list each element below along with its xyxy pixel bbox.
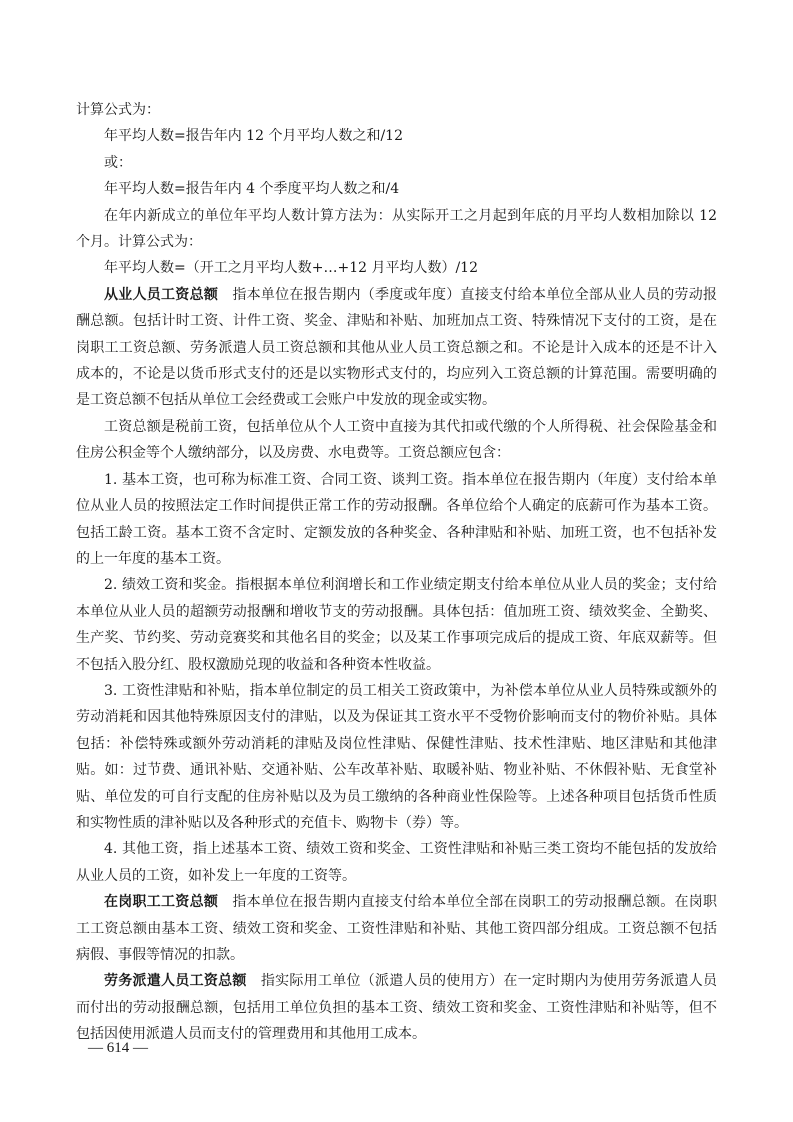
item-performance-bonus: 2. 绩效工资和奖金。指根据本单位利润增长和工作业绩定期支付给本单位从业人员的奖… xyxy=(76,572,717,678)
new-unit-paragraph: 在年内新成立的单位年平均人数计算方法为：从实际开工之月起到年底的月平均人数相加除… xyxy=(76,203,717,256)
item-allowances: 3. 工资性津贴和补贴，指本单位制定的员工相关工资政策中，为补偿本单位从业人员特… xyxy=(76,678,717,836)
formula-intro: 计算公式为： xyxy=(76,97,717,123)
section-dispatch-wages: 劳务派遣人员工资总额指实际用工单位（派遣人员的使用方）在一定时期内为使用劳务派遣… xyxy=(76,968,717,1047)
section-onduty-wages: 在岗职工工资总额指本单位在报告期内直接支付给本单位全部在岗职工的劳动报酬总额。在… xyxy=(76,889,717,968)
document-page: 计算公式为： 年平均人数=报告年内 12 个月平均人数之和/12 或： 年平均人… xyxy=(76,97,717,1048)
term-heading: 劳务派遣人员工资总额 xyxy=(104,973,247,989)
formula-new-unit: 年平均人数=（开工之月平均人数+…+12 月平均人数）/12 xyxy=(76,255,717,281)
paragraph-pre-tax: 工资总额是税前工资，包括单位从个人工资中直接为其代扣或代缴的个人所得税、社会保险… xyxy=(76,414,717,467)
term-heading: 在岗职工工资总额 xyxy=(104,894,218,910)
term-body: 指本单位在报告期内（季度或年度）直接支付给本单位全部从业人员的劳动报酬总额。包括… xyxy=(76,287,717,409)
page-number: — 614 — xyxy=(88,1040,148,1057)
section-total-wages: 从业人员工资总额指本单位在报告期内（季度或年度）直接支付给本单位全部从业人员的劳… xyxy=(76,282,717,414)
term-heading: 从业人员工资总额 xyxy=(104,287,218,303)
formula-quarterly: 年平均人数=报告年内 4 个季度平均人数之和/4 xyxy=(76,176,717,202)
item-basic-wage: 1. 基本工资，也可称为标准工资、合同工资、谈判工资。指本单位在报告期内（年度）… xyxy=(76,467,717,573)
formula-monthly: 年平均人数=报告年内 12 个月平均人数之和/12 xyxy=(76,123,717,149)
item-other-wages: 4. 其他工资，指上述基本工资、绩效工资和奖金、工资性津贴和补贴三类工资均不能包… xyxy=(76,836,717,889)
formula-or: 或： xyxy=(76,150,717,176)
